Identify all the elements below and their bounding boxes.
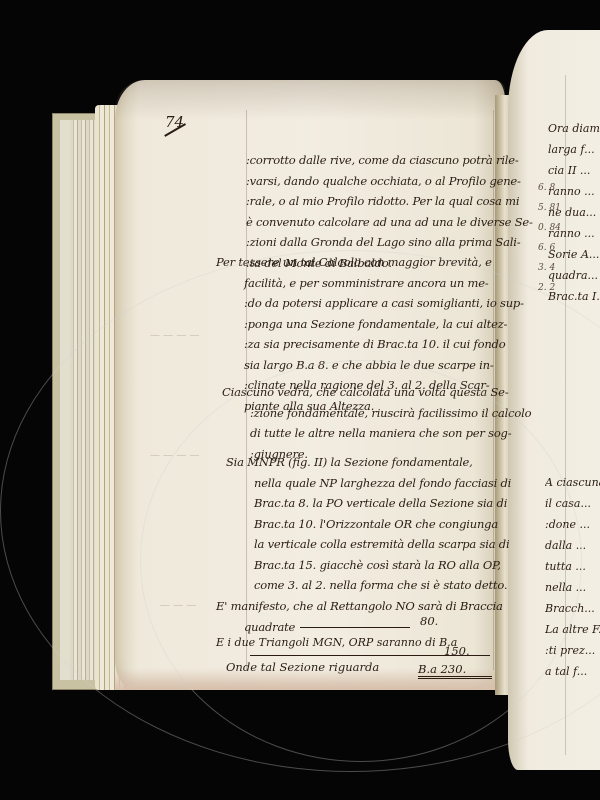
text-line: Ora diamo...	[548, 118, 600, 139]
folio-number: 74	[165, 113, 184, 131]
margin-number: 5. 81	[538, 198, 560, 218]
photo-scene: — — — — — — — — — — — 74 :corrotto dalle…	[0, 0, 600, 800]
margin-number: 6. 6	[538, 238, 560, 258]
text-line: :varsi, dando qualche occhiata, o al Pro…	[246, 171, 533, 192]
text-line: :zioni dalla Gronda del Lago sino alla p…	[246, 232, 533, 253]
margin-number: 3. 4	[538, 258, 560, 278]
text-line: :rale, o al mio Profilo ridotto. Per la …	[246, 191, 533, 212]
right-margin-numbers: 6. 8 5. 81 0. 84 6. 6 3. 4 2. 2	[538, 178, 560, 298]
reflection-arc	[140, 360, 582, 762]
text-line: :corrotto dalle rive, come da ciascuno p…	[246, 150, 533, 171]
text-line: larga f...	[548, 139, 600, 160]
text-line: è convenuto calcolare ad una ad una le d…	[246, 212, 533, 233]
margin-number: 6. 8	[538, 178, 560, 198]
margin-number: 0. 84	[538, 218, 560, 238]
